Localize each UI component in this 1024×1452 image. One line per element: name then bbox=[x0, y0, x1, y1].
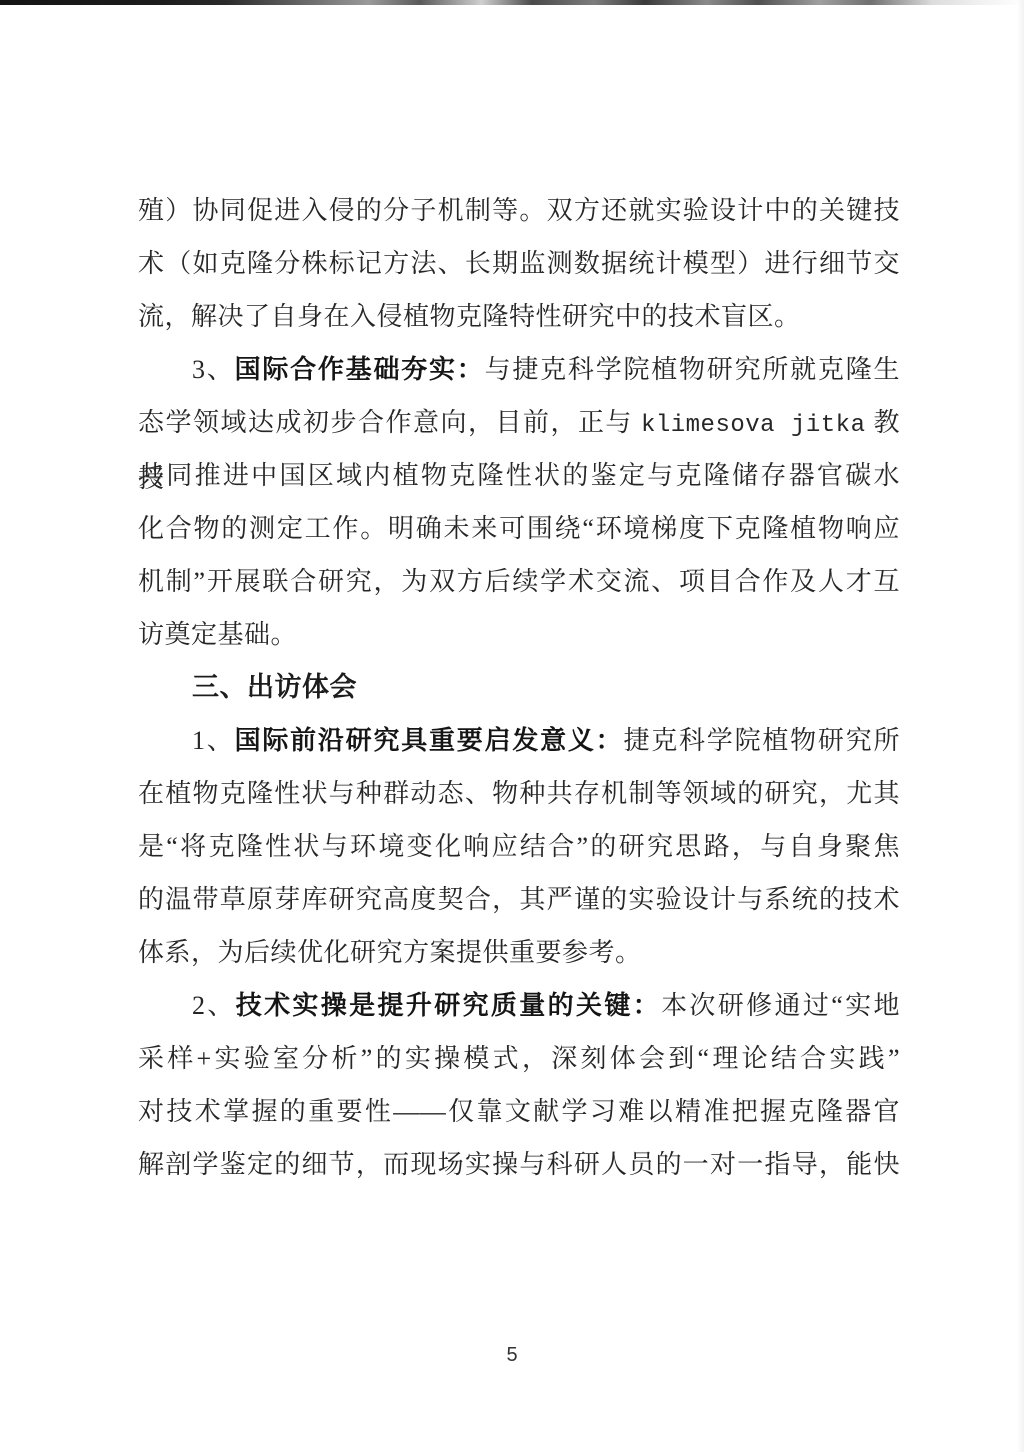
text-segment: 对技术掌握的重要性——仅靠文献学习难以精准把握克隆器官 bbox=[138, 1097, 900, 1126]
para-international-cooperation-line-1: 3、国际合作基础夯实：与捷克科学院植物研究所就克隆生 bbox=[138, 343, 900, 396]
text-segment: 在植物克隆性状与种群动态、物种共存机制等领域的研究，尤其 bbox=[138, 779, 900, 808]
text-segment: 与捷克科学院植物研究所就克隆生 bbox=[485, 355, 900, 384]
para-international-cooperation-line-2: 态学领域达成初步合作意向，目前，正与 klimesova jitka 教授 bbox=[138, 396, 900, 449]
text-segment: 共同推进中国区域内植物克隆性状的鉴定与克隆储存器官碳水 bbox=[138, 461, 900, 490]
bold-lead-in: 国际合作基础夯实： bbox=[235, 355, 485, 384]
text-segment: 解剖学鉴定的细节，而现场实操与科研人员的一对一指导，能快 bbox=[138, 1150, 900, 1179]
bold-lead-in: 国际前沿研究具重要启发意义： bbox=[235, 726, 624, 755]
text-segment: 术（如克隆分株标记方法、长期监测数据统计模型）进行细节交 bbox=[138, 249, 900, 278]
text-segment: 1、 bbox=[192, 726, 235, 755]
text-segment: 殖）协同促进入侵的分子机制等。双方还就实验设计中的关键技 bbox=[138, 196, 900, 225]
text-segment: 是“将克隆性状与环境变化响应结合”的研究思路，与自身聚焦 bbox=[138, 832, 900, 861]
para-molecular-mechanism-line-1: 殖）协同促进入侵的分子机制等。双方还就实验设计中的关键技 bbox=[138, 184, 900, 237]
bold-lead-in: 三、出访体会 bbox=[192, 672, 357, 702]
text-segment: 化合物的测定工作。明确未来可围绕“环境梯度下克隆植物响应 bbox=[138, 514, 900, 543]
para-frontier-research-line-4: 的温带草原芽库研究高度契合，其严谨的实验设计与系统的技术 bbox=[138, 873, 900, 926]
latin-name: klimesova jitka bbox=[641, 412, 866, 439]
bold-lead-in: 技术实操是提升研究质量的关键： bbox=[236, 991, 661, 1020]
para-international-cooperation-line-4: 化合物的测定工作。明确未来可围绕“环境梯度下克隆植物响应 bbox=[138, 502, 900, 555]
text-segment: 访奠定基础。 bbox=[138, 620, 297, 649]
para-technical-practice-line-1: 2、技术实操是提升研究质量的关键：本次研修通过“实地 bbox=[138, 979, 900, 1032]
para-international-cooperation-line-5: 机制”开展联合研究，为双方后续学术交流、项目合作及人才互 bbox=[138, 555, 900, 608]
text-segment: 2、 bbox=[192, 991, 236, 1020]
page-number: 5 bbox=[0, 1344, 1024, 1367]
document-page: { "page": { "number": "5", "background":… bbox=[0, 0, 1024, 1452]
text-segment: 态学领域达成初步合作意向，目前，正与 bbox=[138, 408, 641, 437]
para-frontier-research-line-1: 1、国际前沿研究具重要启发意义：捷克科学院植物研究所 bbox=[138, 714, 900, 767]
text-segment: 3、 bbox=[192, 355, 235, 384]
scan-artifact-right-edge bbox=[1017, 0, 1024, 1452]
para-international-cooperation-line-3: 共同推进中国区域内植物克隆性状的鉴定与克隆储存器官碳水 bbox=[138, 449, 900, 502]
para-frontier-research-line-5: 体系，为后续优化研究方案提供重要参考。 bbox=[138, 926, 900, 979]
para-molecular-mechanism-line-2: 术（如克隆分株标记方法、长期监测数据统计模型）进行细节交 bbox=[138, 237, 900, 290]
text-segment: 机制”开展联合研究，为双方后续学术交流、项目合作及人才互 bbox=[138, 567, 900, 596]
para-technical-practice-line-4: 解剖学鉴定的细节，而现场实操与科研人员的一对一指导，能快 bbox=[138, 1138, 900, 1191]
para-technical-practice-line-3: 对技术掌握的重要性——仅靠文献学习难以精准把握克隆器官 bbox=[138, 1085, 900, 1138]
heading-visit-reflections-line-1: 三、出访体会 bbox=[138, 661, 900, 714]
para-molecular-mechanism-line-3: 流，解决了自身在入侵植物克隆特性研究中的技术盲区。 bbox=[138, 290, 900, 343]
para-international-cooperation-line-6: 访奠定基础。 bbox=[138, 608, 900, 661]
text-segment: 流，解决了自身在入侵植物克隆特性研究中的技术盲区。 bbox=[138, 302, 801, 331]
para-technical-practice-line-2: 采样+实验室分析”的实操模式，深刻体会到“理论结合实践” bbox=[138, 1032, 900, 1085]
text-segment: 采样+实验室分析”的实操模式，深刻体会到“理论结合实践” bbox=[138, 1044, 900, 1073]
para-frontier-research-line-2: 在植物克隆性状与种群动态、物种共存机制等领域的研究，尤其 bbox=[138, 767, 900, 820]
text-segment: 捷克科学院植物研究所 bbox=[623, 726, 900, 755]
text-segment: 的温带草原芽库研究高度契合，其严谨的实验设计与系统的技术 bbox=[138, 885, 900, 914]
text-segment: 本次研修通过“实地 bbox=[661, 991, 900, 1020]
scan-artifact-top-edge bbox=[0, 0, 1024, 5]
para-frontier-research-line-3: 是“将克隆性状与环境变化响应结合”的研究思路，与自身聚焦 bbox=[138, 820, 900, 873]
text-segment: 体系，为后续优化研究方案提供重要参考。 bbox=[138, 938, 642, 967]
document-body-text: 殖）协同促进入侵的分子机制等。双方还就实验设计中的关键技术（如克隆分株标记方法、… bbox=[138, 184, 900, 1191]
